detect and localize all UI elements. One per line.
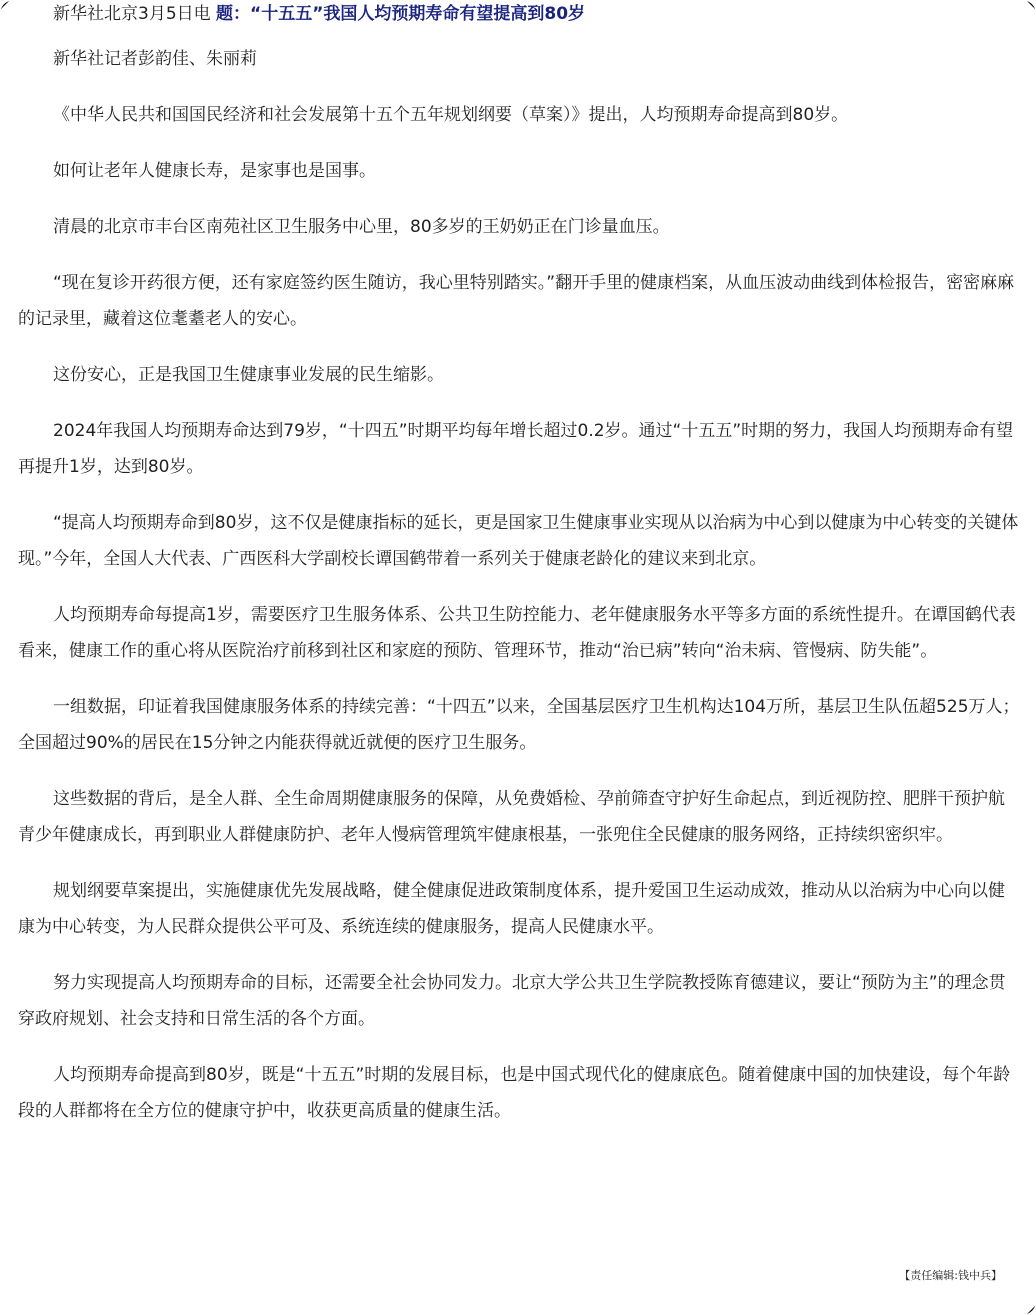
page-frame: 新华社北京3月5日电 题：“十五五”我国人均预期寿命有望提高到80岁 新华社记者… xyxy=(0,0,1036,1315)
paragraph: 这些数据的背后，是全人群、全生命周期健康服务的保障，从免费婚检、孕前筛查守护好生… xyxy=(18,781,1021,853)
dateline: 新华社北京3月5日电 xyxy=(53,4,216,24)
paragraph: “提高人均预期寿命到80岁，这不仅是健康指标的延长，更是国家卫生健康事业实现从以… xyxy=(18,505,1021,577)
article-body: 新华社北京3月5日电 题：“十五五”我国人均预期寿命有望提高到80岁 新华社记者… xyxy=(18,0,1021,1129)
corner-mark xyxy=(1026,1305,1036,1315)
paragraph: 清晨的北京市丰台区南苑社区卫生服务中心里，80多岁的王奶奶正在门诊量血压。 xyxy=(18,209,1021,245)
paragraph: 人均预期寿命每提高1岁，需要医疗卫生服务体系、公共卫生防控能力、老年健康服务水平… xyxy=(18,597,1021,669)
paragraph: 如何让老年人健康长寿，是家事也是国事。 xyxy=(18,153,1021,189)
paragraph: 一组数据，印证着我国健康服务体系的持续完善：“十四五”以来，全国基层医疗卫生机构… xyxy=(18,689,1021,761)
editor-note: 【责任编辑:钱中兵】 xyxy=(899,1267,1002,1283)
lead-line: 新华社北京3月5日电 题：“十五五”我国人均预期寿命有望提高到80岁 xyxy=(18,0,1021,28)
corner-mark xyxy=(0,0,10,10)
headline: 题：“十五五”我国人均预期寿命有望提高到80岁 xyxy=(216,4,585,24)
paragraph: 这份安心，正是我国卫生健康事业发展的民生缩影。 xyxy=(18,357,1021,393)
corner-mark xyxy=(1026,0,1036,10)
paragraph: 努力实现提高人均预期寿命的目标，还需要全社会协同发力。北京大学公共卫生学院教授陈… xyxy=(18,965,1021,1037)
paragraph: 2024年我国人均预期寿命达到79岁，“十四五”时期平均每年增长超过0.2岁。通… xyxy=(18,413,1021,485)
paragraph: 《中华人民共和国国民经济和社会发展第十五个五年规划纲要（草案）》提出，人均预期寿… xyxy=(18,97,1021,133)
paragraph: 人均预期寿命提高到80岁，既是“十五五”时期的发展目标，也是中国式现代化的健康底… xyxy=(18,1057,1021,1129)
paragraph: “现在复诊开药很方便，还有家庭签约医生随访，我心里特别踏实。”翻开手里的健康档案… xyxy=(18,265,1021,337)
byline: 新华社记者彭韵佳、朱丽莉 xyxy=(18,41,1021,77)
paragraph: 规划纲要草案提出，实施健康优先发展战略，健全健康促进政策制度体系，提升爱国卫生运… xyxy=(18,873,1021,945)
